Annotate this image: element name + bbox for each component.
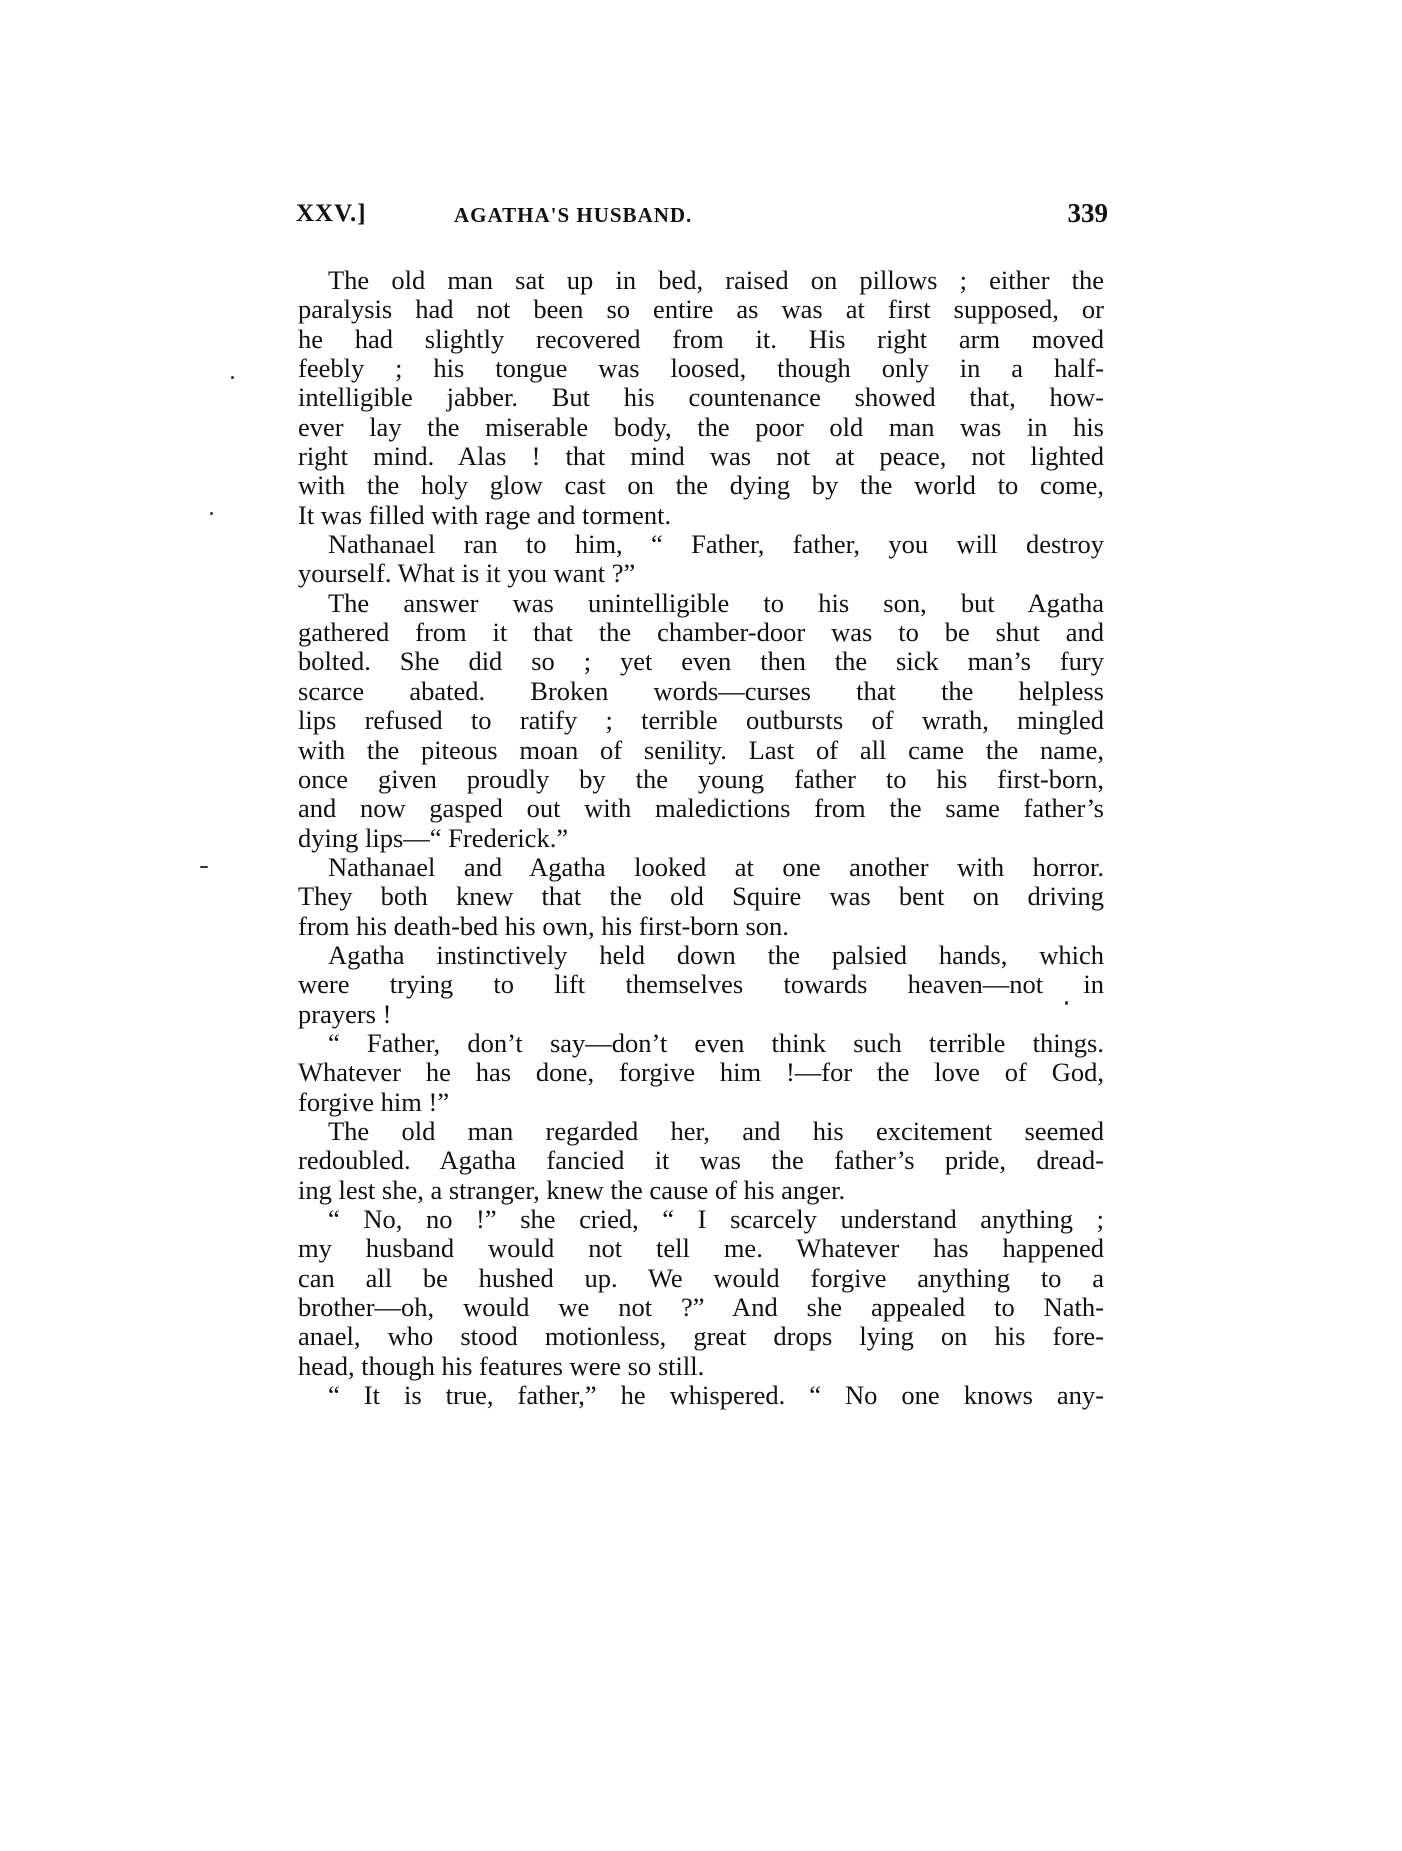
text-line: ever lay the miserable body, the poor ol… (298, 413, 1104, 442)
page-number: 339 (1068, 198, 1109, 229)
text-line: bolted. She did so ; yet even then the s… (298, 647, 1104, 676)
text-line: intelligible jabber. But his countenance… (298, 383, 1104, 412)
text-line: redoubled. Agatha fancied it was the fat… (298, 1146, 1104, 1175)
text-line: he had slightly recovered from it. His r… (298, 325, 1104, 354)
text-line: gathered from it that the chamber-door w… (298, 618, 1104, 647)
text-line: once given proudly by the young father t… (298, 765, 1104, 794)
text-line: right mind. Alas ! that mind was not at … (298, 442, 1104, 471)
text-line: The old man regarded her, and his excite… (298, 1117, 1104, 1146)
text-line: “ No, no !” she cried, “ I scarcely unde… (298, 1205, 1104, 1234)
book-page: XXV.] AGATHA'S HUSBAND. 339 The old man … (0, 0, 1402, 1851)
text-line: yourself. What is it you want ?” (298, 559, 1104, 588)
text-line: Agatha instinctively held down the palsi… (298, 941, 1104, 970)
body-text: The old man sat up in bed, raised on pil… (298, 266, 1104, 1410)
text-line: paralysis had not been so entire as was … (298, 295, 1104, 324)
text-line: Nathanael and Agatha looked at one anoth… (298, 853, 1104, 882)
text-line: can all be hushed up. We would forgive a… (298, 1264, 1104, 1293)
text-line: prayers ! (298, 1000, 1104, 1029)
scan-speck (1065, 1001, 1068, 1005)
text-line: anael, who stood motionless, great drops… (298, 1322, 1104, 1351)
text-line: ing lest she, a stranger, knew the cause… (298, 1176, 1104, 1205)
text-line: It was filled with rage and torment. (298, 501, 1104, 530)
text-line: The answer was unintelligible to his son… (298, 589, 1104, 618)
text-line: and now gasped out with maledictions fro… (298, 794, 1104, 823)
text-line: from his death-bed his own, his first-bo… (298, 912, 1104, 941)
scan-speck (200, 866, 208, 868)
text-line: Whatever he has done, forgive him !—for … (298, 1058, 1104, 1087)
book-title: AGATHA'S HUSBAND. (454, 203, 692, 228)
text-line: scarce abated. Broken words—curses that … (298, 677, 1104, 706)
text-line: forgive him !” (298, 1088, 1104, 1117)
text-line: with the piteous moan of senility. Last … (298, 736, 1104, 765)
text-line: head, though his features were so still. (298, 1352, 1104, 1381)
running-head: XXV.] AGATHA'S HUSBAND. 339 (296, 200, 1108, 236)
text-line: brother—oh, would we not ?” And she appe… (298, 1293, 1104, 1322)
text-line: my husband would not tell me. Whatever h… (298, 1234, 1104, 1263)
text-line: Nathanael ran to him, “ Father, father, … (298, 530, 1104, 559)
text-line: The old man sat up in bed, raised on pil… (298, 266, 1104, 295)
scan-speck (210, 512, 213, 515)
text-line: “ Father, don’t say—don’t even think suc… (298, 1029, 1104, 1058)
text-line: dying lips—“ Frederick.” (298, 824, 1104, 853)
scan-speck (231, 376, 234, 379)
text-line: were trying to lift themselves towards h… (298, 970, 1104, 999)
text-line: lips refused to ratify ; terrible outbur… (298, 706, 1104, 735)
chapter-number: XXV.] (296, 200, 367, 228)
text-line: “ It is true, father,” he whispered. “ N… (298, 1381, 1104, 1410)
text-line: feebly ; his tongue was loosed, though o… (298, 354, 1104, 383)
text-line: They both knew that the old Squire was b… (298, 882, 1104, 911)
text-line: with the holy glow cast on the dying by … (298, 471, 1104, 500)
